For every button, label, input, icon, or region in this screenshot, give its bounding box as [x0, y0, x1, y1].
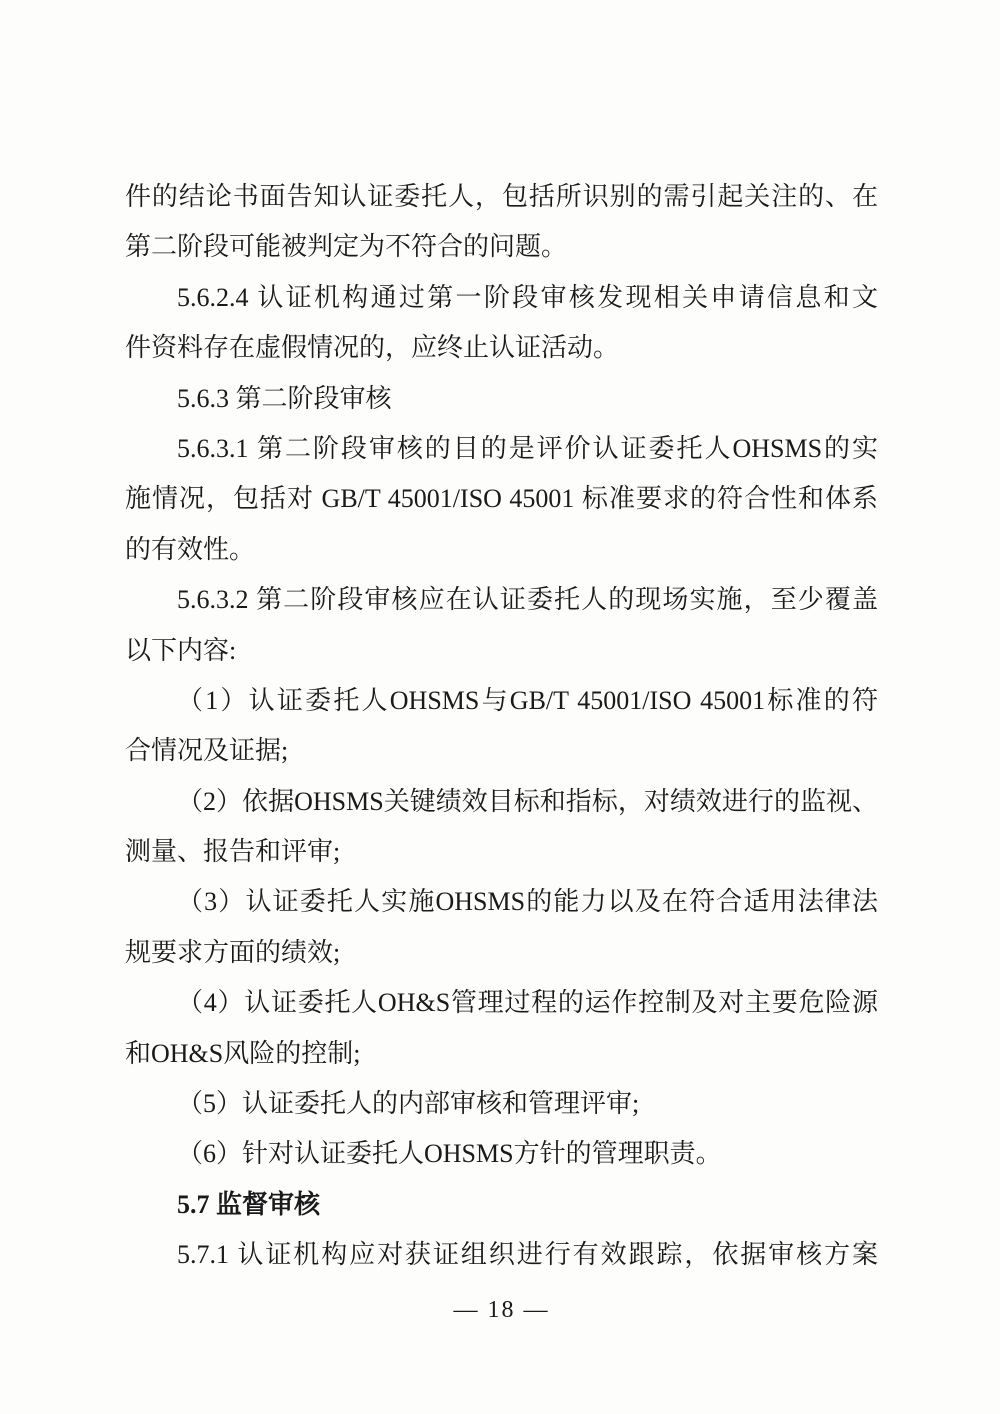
text-line: 合情况及证据; — [125, 726, 878, 776]
text-line: 以下内容: — [125, 626, 878, 676]
text-line: 5.6.3.1 第二阶段审核的目的是评价认证委托人OHSMS的实 — [125, 424, 878, 474]
text-line: 5.6.3.2 第二阶段审核应在认证委托人的现场实施，至少覆盖 — [125, 575, 878, 625]
text-line: 第二阶段可能被判定为不符合的问题。 — [125, 222, 878, 272]
text-line: 件资料存在虚假情况的，应终止认证活动。 — [125, 323, 878, 373]
page-footer: — 18 — — [125, 1297, 878, 1324]
text-line: 5.7.1 认证机构应对获证组织进行有效跟踪，依据审核方案 — [125, 1230, 878, 1280]
text-line: 件的结论书面告知认证委托人，包括所识别的需引起关注的、在 — [125, 172, 878, 222]
page-number: — 18 — — [454, 1297, 550, 1323]
text-line: （5）认证委托人的内部审核和管理评审; — [125, 1079, 878, 1129]
text-line: 5.6.3 第二阶段审核 — [125, 374, 878, 424]
text-line: （1）认证委托人OHSMS与GB/T 45001/ISO 45001标准的符 — [125, 676, 878, 726]
text-line: （4）认证委托人OH&S管理过程的运作控制及对主要危险源 — [125, 978, 878, 1028]
text-line: （2）依据OHSMS关键绩效目标和指标，对绩效进行的监视、 — [125, 777, 878, 827]
text-line: （3）认证委托人实施OHSMS的能力以及在符合适用法律法 — [125, 877, 878, 927]
text-line: 和OH&S风险的控制; — [125, 1029, 878, 1079]
document-page: 件的结论书面告知认证委托人，包括所识别的需引起关注的、在第二阶段可能被判定为不符… — [0, 0, 1000, 1414]
page-body-text: 件的结论书面告知认证委托人，包括所识别的需引起关注的、在第二阶段可能被判定为不符… — [125, 172, 878, 1281]
text-line: 的有效性。 — [125, 525, 878, 575]
text-line: 5.6.2.4 认证机构通过第一阶段审核发现相关申请信息和文 — [125, 273, 878, 323]
text-line: （6）针对认证委托人OHSMS方针的管理职责。 — [125, 1129, 878, 1179]
text-line: 施情况，包括对 GB/T 45001/ISO 45001 标准要求的符合性和体系 — [125, 474, 878, 524]
text-line: 规要求方面的绩效; — [125, 928, 878, 978]
text-line: 5.7 监督审核 — [125, 1180, 878, 1230]
text-line: 测量、报告和评审; — [125, 827, 878, 877]
